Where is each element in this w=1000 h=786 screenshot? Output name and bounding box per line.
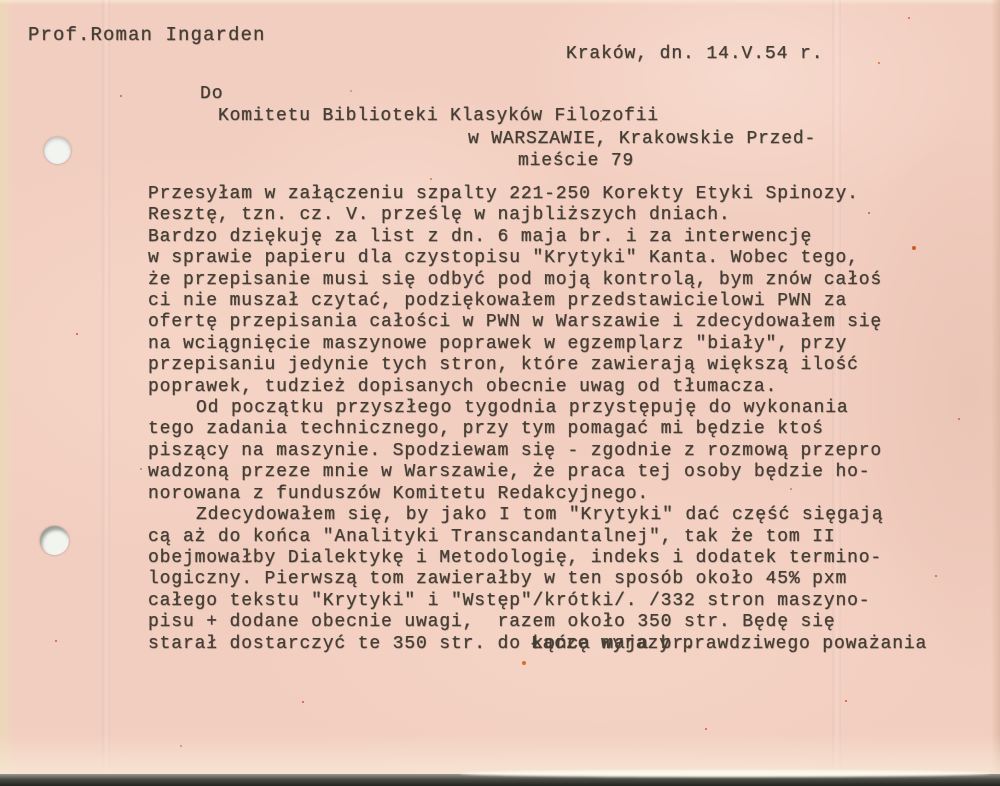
- body-line: na wciągnięcie maszynowe poprawek w egze…: [148, 334, 980, 355]
- body-line: poprawek, tudzież dopisanych obecnie uwa…: [148, 377, 980, 398]
- body-line: pisu + dodane obecnie uwagi, razem około…: [148, 612, 980, 633]
- letter-body: Przesyłam w załączeniu szpalty 221-250 K…: [148, 184, 980, 655]
- recipient-address-line1: w WARSZAWIE, Krakowskie Przed-: [468, 129, 816, 149]
- body-line: piszący na maszynie. Spodziewam się - zg…: [148, 441, 980, 462]
- body-line: ci nie muszał czytać, podziękowałem prze…: [148, 291, 980, 312]
- body-line: całego tekstu "Krytyki" i "Wstęp"/krótki…: [148, 591, 980, 612]
- closing-line: Łączę wyrazy prawdziwego poważania: [531, 634, 927, 654]
- punch-hole-top: [44, 137, 71, 164]
- body-line: przepisaniu jedynie tych stron, które za…: [148, 355, 980, 376]
- paper-top-edge: [0, 0, 1000, 5]
- sender-name: Prof.Roman Ingarden: [28, 24, 266, 46]
- body-line: ofertę przepisania całości w PWN w Warsz…: [148, 312, 980, 333]
- body-line: Bardzo dziękuję za list z dn. 6 maja br.…: [148, 227, 980, 248]
- body-line: Od początku przyszłego tygodnia przystęp…: [148, 398, 980, 419]
- paper-fiber-speckles: [0, 0, 2, 2]
- recipient-address-line2: mieście 79: [518, 151, 634, 171]
- body-line: Resztę, tzn. cz. V. prześlę w najbliższy…: [148, 205, 980, 226]
- body-line: norowana z funduszów Komitetu Redakcyjne…: [148, 484, 980, 505]
- paper-right-edge: [991, 0, 1000, 774]
- body-line: obejmowałby Dialektykę i Metodologię, in…: [148, 548, 980, 569]
- dateline: Kraków, dn. 14.V.54 r.: [566, 44, 823, 64]
- paper-left-edge: [0, 0, 14, 774]
- recipient-salutation: Do: [200, 84, 223, 104]
- body-line: że przepisanie musi się odbyć pod moją k…: [148, 270, 980, 291]
- body-line: wadzoną przeze mnie w Warszawie, że prac…: [148, 462, 980, 483]
- body-line: logiczny. Pierwszą tom zawierałby w ten …: [148, 569, 980, 590]
- fold-crease-left: [102, 0, 110, 772]
- body-line: w sprawie papieru dla czystopisu "Krytyk…: [148, 248, 980, 269]
- recipient-name: Komitetu Biblioteki Klasyków Filozofii: [218, 106, 659, 126]
- body-line: tego zadania technicznego, przy tym poma…: [148, 419, 980, 440]
- body-line: Zdecydowałem się, by jako I tom "Krytyki…: [148, 505, 980, 526]
- punch-hole-bottom: [40, 526, 69, 555]
- body-line: Przesyłam w załączeniu szpalty 221-250 K…: [148, 184, 980, 205]
- scanner-edge-band: [0, 774, 1000, 786]
- body-line: cą aż do końca "Analityki Transcandantal…: [148, 527, 980, 548]
- scanned-letter-page: Prof.Roman Ingarden Kraków, dn. 14.V.54 …: [0, 0, 1000, 786]
